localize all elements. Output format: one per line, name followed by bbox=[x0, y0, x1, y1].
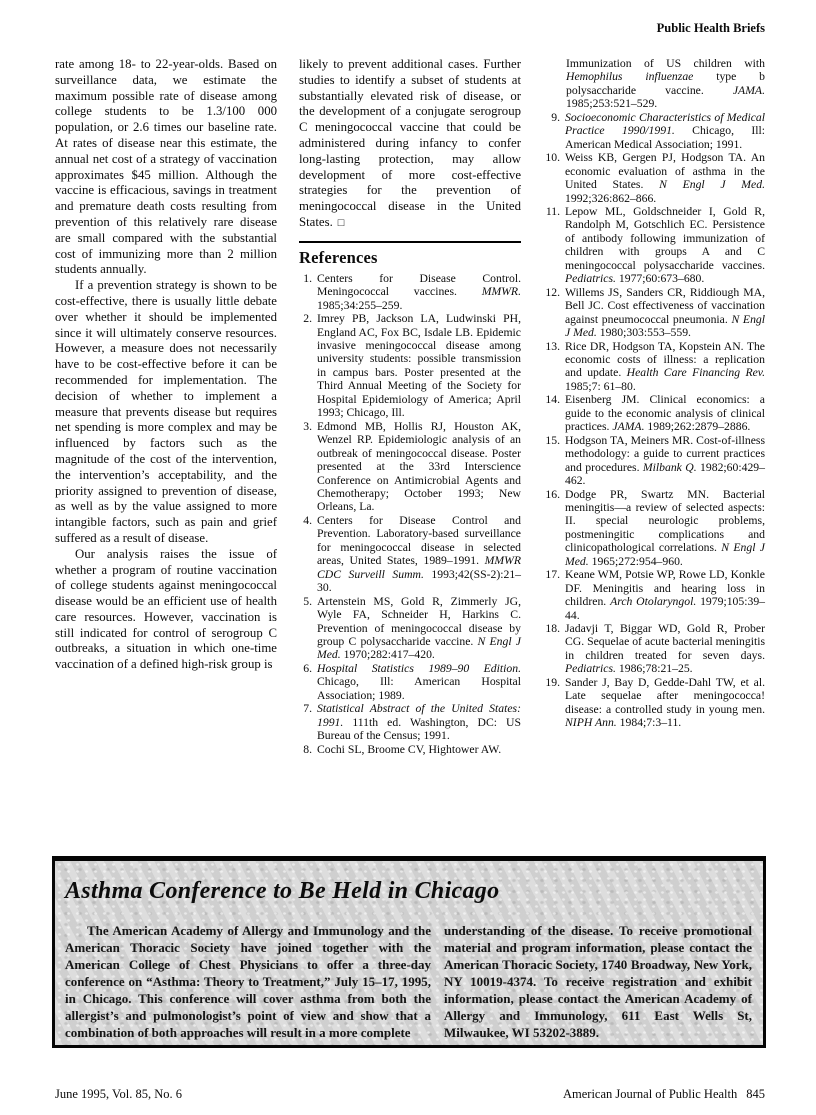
reference-item: 8.Cochi SL, Broome CV, Hightower AW. bbox=[299, 743, 521, 756]
reference-text: Statistical Abstract of the United State… bbox=[317, 702, 521, 742]
references-divider bbox=[299, 241, 521, 243]
reference-number: 12. bbox=[543, 286, 565, 340]
reference-item: 4.Centers for Disease Control and Preven… bbox=[299, 514, 521, 595]
reference-plain-text: Edmond MB, Hollis RJ, Houston AK, Wenzel… bbox=[317, 420, 521, 514]
reference-item: 2.Imrey PB, Jackson LA, Ludwinski PH, En… bbox=[299, 312, 521, 420]
reference-text: Willems JS, Sanders CR, Riddiough MA, Be… bbox=[565, 286, 765, 340]
reference-number: 15. bbox=[543, 434, 565, 488]
reference-plain-text: 1985;34:255–259. bbox=[317, 299, 402, 312]
reference-text: Hodgson TA, Meiners MR. Cost-of-illness … bbox=[565, 434, 765, 488]
reference-text: Keane WM, Potsie WP, Rowe LD, Konkle DF.… bbox=[565, 568, 765, 622]
paragraph: If a prevention strategy is shown to be … bbox=[55, 278, 277, 547]
reference-text: Centers for Disease Control and Preventi… bbox=[317, 514, 521, 595]
reference-plain-text: 111th ed. Washington, DC: US Bureau of t… bbox=[317, 716, 521, 742]
reference-number: 10. bbox=[543, 151, 565, 205]
reference-item: 19.Sander J, Bay D, Gedde-Dahl TW, et al… bbox=[543, 676, 765, 730]
reference-number: 8. bbox=[299, 743, 317, 756]
reference-item: 18.Jadavji T, Biggar WD, Gold R, Prober … bbox=[543, 622, 765, 676]
announcement-title: Asthma Conference to Be Held in Chicago bbox=[65, 878, 752, 905]
reference-number: 14. bbox=[543, 393, 565, 433]
references-list-right: 9.Socioeconomic Characteristics of Medic… bbox=[543, 111, 765, 730]
reference-italic-text: Pediatrics. bbox=[565, 662, 616, 675]
reference-italic-text: N Engl J Med. bbox=[659, 178, 765, 191]
end-of-article-mark: □ bbox=[338, 217, 345, 229]
reference-plain-text: Jadavji T, Biggar WD, Gold R, Prober CG.… bbox=[565, 622, 765, 662]
reference-plain-text: Sander J, Bay D, Gedde-Dahl TW, et al. L… bbox=[565, 676, 765, 716]
journal-page: Public Health Briefs rate among 18- to 2… bbox=[0, 0, 816, 1115]
reference-text: Socioeconomic Characteristics of Medical… bbox=[565, 111, 765, 151]
article-body: rate among 18- to 22-year-olds. Based on… bbox=[55, 57, 766, 756]
reference-number: 4. bbox=[299, 514, 317, 595]
reference-number: 13. bbox=[543, 340, 565, 394]
footer-journal-name: American Journal of Public Health bbox=[563, 1087, 737, 1101]
footer-journal-info: American Journal of Public Health845 bbox=[563, 1087, 765, 1102]
announcement-column-left: The American Academy of Allergy and Immu… bbox=[65, 922, 431, 1041]
reference-plain-text: Chicago, Ill: American Hospital Associat… bbox=[317, 675, 521, 701]
reference-italic-text: MMWR. bbox=[482, 285, 521, 298]
page-footer: June 1995, Vol. 85, No. 6 American Journ… bbox=[55, 1087, 765, 1102]
reference-item: 15.Hodgson TA, Meiners MR. Cost-of-illne… bbox=[543, 434, 765, 488]
reference-italic-text: Pediatrics. bbox=[565, 272, 616, 285]
reference-plain-text: 1977;60:673–680. bbox=[616, 272, 704, 285]
reference-item: 14.Eisenberg JM. Clinical economics: a g… bbox=[543, 393, 765, 433]
reference-item: 6.Hospital Statistics 1989–90 Edition. C… bbox=[299, 662, 521, 702]
reference-italic-text: Arch Otolaryngol. bbox=[610, 595, 696, 608]
reference-italic-text: Milbank Q. bbox=[643, 461, 697, 474]
reference-plain-text: 1965;272:954–960. bbox=[589, 555, 683, 568]
reference-plain-text: 1984;7:3–11. bbox=[617, 716, 682, 729]
reference-item: 13.Rice DR, Hodgson TA, Kopstein AN. The… bbox=[543, 340, 765, 394]
announcement-text-right: understanding of the disease. To receive… bbox=[444, 922, 752, 1041]
reference-italic-text: JAMA. bbox=[733, 84, 765, 97]
reference-plain-text: 1992;326:862–866. bbox=[565, 192, 656, 205]
reference-item: 11.Lepow ML, Goldschneider I, Gold R, Ra… bbox=[543, 205, 765, 286]
reference-item: 17.Keane WM, Potsie WP, Rowe LD, Konkle … bbox=[543, 568, 765, 622]
column-3: Immunization of US children with Hemophi… bbox=[543, 57, 765, 756]
reference-number: 3. bbox=[299, 420, 317, 514]
running-head: Public Health Briefs bbox=[657, 21, 765, 36]
reference-item: 5.Artenstein MS, Gold R, Zimmerly JG, Wy… bbox=[299, 595, 521, 662]
reference-item: 7.Statistical Abstract of the United Sta… bbox=[299, 702, 521, 742]
reference-text: Hospital Statistics 1989–90 Edition. Chi… bbox=[317, 662, 521, 702]
reference-plain-text: 1980;303:553–559. bbox=[597, 326, 691, 339]
reference-number: 9. bbox=[543, 111, 565, 151]
reference-text: Dodge PR, Swartz MN. Bacterial meningiti… bbox=[565, 488, 765, 569]
reference-number: 16. bbox=[543, 488, 565, 569]
reference-number: 11. bbox=[543, 205, 565, 286]
reference-number: 5. bbox=[299, 595, 317, 662]
reference-plain-text: Lepow ML, Goldschneider I, Gold R, Rando… bbox=[565, 205, 765, 272]
reference-item: 16.Dodge PR, Swartz MN. Bacterial mening… bbox=[543, 488, 765, 569]
reference-number: 6. bbox=[299, 662, 317, 702]
reference-text: Weiss KB, Gergen PJ, Hodgson TA. An econ… bbox=[565, 151, 765, 205]
reference-item: 12.Willems JS, Sanders CR, Riddiough MA,… bbox=[543, 286, 765, 340]
reference-italic-text: Hemophilus influenzae bbox=[566, 70, 693, 83]
reference-item: 10.Weiss KB, Gergen PJ, Hodgson TA. An e… bbox=[543, 151, 765, 205]
reference-number: 2. bbox=[299, 312, 317, 420]
conference-announcement-box: Asthma Conference to Be Held in Chicago … bbox=[52, 856, 766, 1048]
reference-plain-text: 1986;78:21–25. bbox=[616, 662, 693, 675]
reference-text: Jadavji T, Biggar WD, Gold R, Prober CG.… bbox=[565, 622, 765, 676]
reference-italic-text: NIPH Ann. bbox=[565, 716, 617, 729]
reference-plain-text: 1989;262:2879–2886. bbox=[645, 420, 751, 433]
reference-italic-text: Hospital Statistics 1989–90 Edition. bbox=[317, 662, 521, 675]
reference-number: 1. bbox=[299, 272, 317, 312]
announcement-text-left: The American Academy of Allergy and Immu… bbox=[65, 922, 431, 1041]
footer-issue-info: June 1995, Vol. 85, No. 6 bbox=[55, 1087, 182, 1102]
footer-page-number: 845 bbox=[746, 1087, 765, 1101]
closing-paragraph-text: likely to prevent additional cases. Furt… bbox=[299, 57, 521, 229]
reference-number: 17. bbox=[543, 568, 565, 622]
reference-plain-text: 1985;7: 61–80. bbox=[565, 380, 636, 393]
references-list-left: 1.Centers for Disease Control. Meningoco… bbox=[299, 272, 521, 756]
references-heading: References bbox=[299, 248, 521, 268]
reference-plain-text: Immunization of US children with bbox=[566, 57, 765, 70]
reference-text: Lepow ML, Goldschneider I, Gold R, Rando… bbox=[565, 205, 765, 286]
reference-number: 19. bbox=[543, 676, 565, 730]
announcement-column-right: understanding of the disease. To receive… bbox=[444, 922, 752, 1041]
reference-number: 7. bbox=[299, 702, 317, 742]
reference-italic-text: Health Care Financing Rev. bbox=[627, 366, 765, 379]
reference-item: 1.Centers for Disease Control. Meningoco… bbox=[299, 272, 521, 312]
reference-plain-text: 1985;253:521–529. bbox=[566, 97, 657, 110]
paragraph: Our analysis raises the issue of whether… bbox=[55, 547, 277, 673]
announcement-columns: The American Academy of Allergy and Immu… bbox=[65, 922, 752, 1041]
reference-text: Cochi SL, Broome CV, Hightower AW. bbox=[317, 743, 521, 756]
reference-plain-text: 1970;282:417–420. bbox=[341, 648, 435, 661]
reference-plain-text: Imrey PB, Jackson LA, Ludwinski PH, Engl… bbox=[317, 312, 521, 419]
reference-text: Eisenberg JM. Clinical economics: a guid… bbox=[565, 393, 765, 433]
reference-italic-text: JAMA. bbox=[612, 420, 644, 433]
reference-item: 9.Socioeconomic Characteristics of Medic… bbox=[543, 111, 765, 151]
reference-continuation: Immunization of US children with Hemophi… bbox=[566, 57, 765, 111]
reference-text: Artenstein MS, Gold R, Zimmerly JG, Wyle… bbox=[317, 595, 521, 662]
column-1: rate among 18- to 22-year-olds. Based on… bbox=[55, 57, 277, 756]
closing-paragraph: likely to prevent additional cases. Furt… bbox=[299, 57, 521, 232]
reference-plain-text: Cochi SL, Broome CV, Hightower AW. bbox=[317, 743, 501, 756]
reference-item: 3.Edmond MB, Hollis RJ, Houston AK, Wenz… bbox=[299, 420, 521, 514]
column-2: likely to prevent additional cases. Furt… bbox=[299, 57, 521, 756]
reference-text: Imrey PB, Jackson LA, Ludwinski PH, Engl… bbox=[317, 312, 521, 420]
reference-number: 18. bbox=[543, 622, 565, 676]
reference-text: Edmond MB, Hollis RJ, Houston AK, Wenzel… bbox=[317, 420, 521, 514]
reference-text: Rice DR, Hodgson TA, Kopstein AN. The ec… bbox=[565, 340, 765, 394]
reference-text: Centers for Disease Control. Meningococc… bbox=[317, 272, 521, 312]
paragraph: rate among 18- to 22-year-olds. Based on… bbox=[55, 57, 277, 278]
reference-text: Sander J, Bay D, Gedde-Dahl TW, et al. L… bbox=[565, 676, 765, 730]
